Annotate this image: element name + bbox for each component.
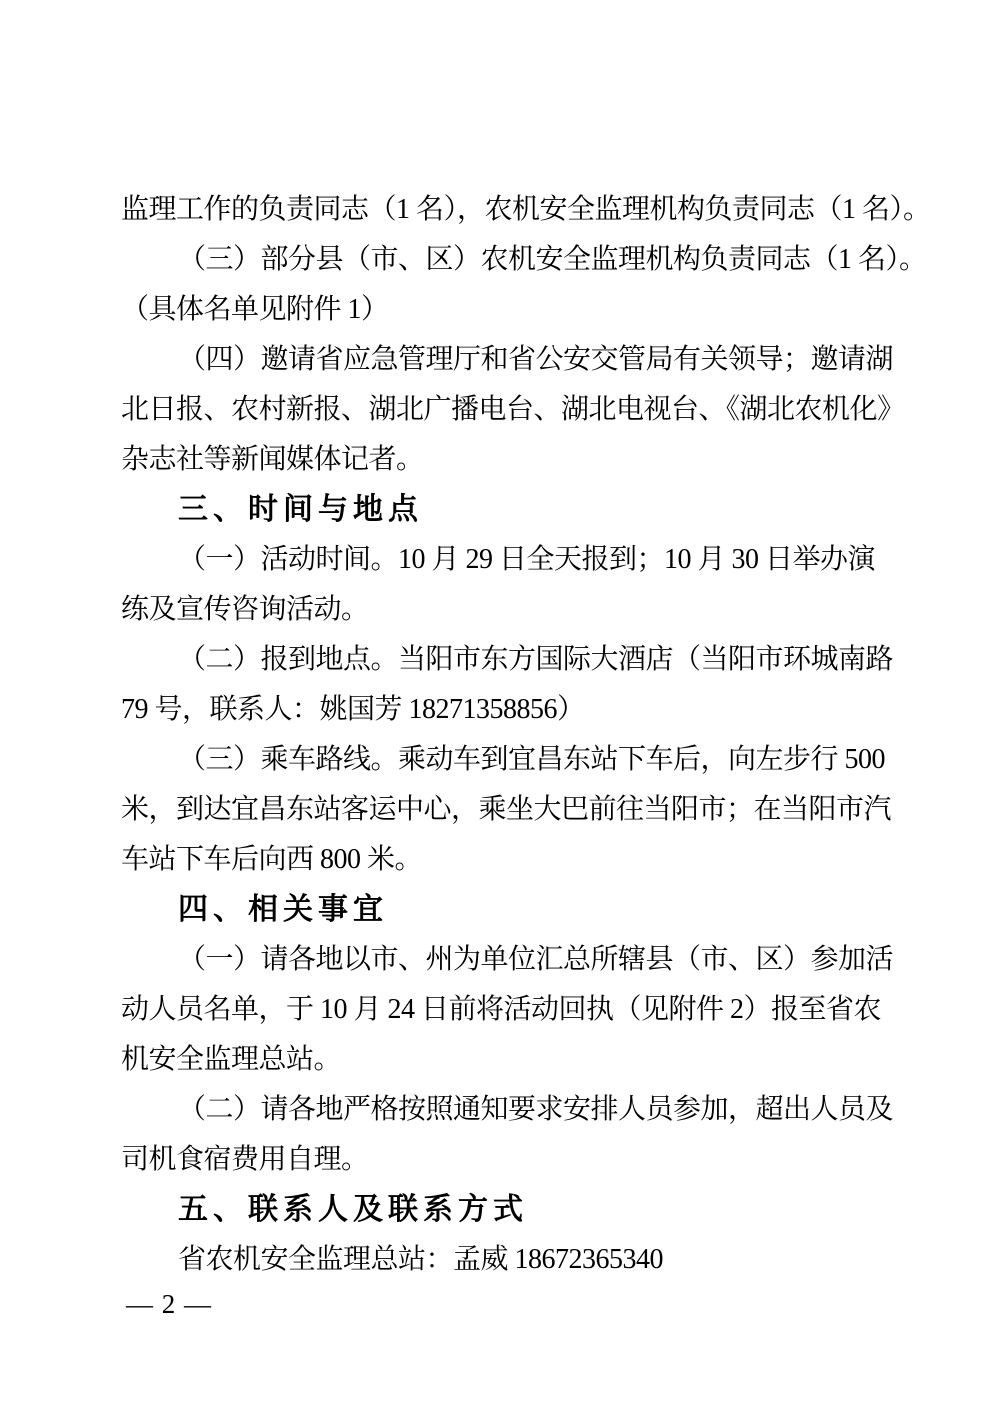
- text-line: （二）报到地点。当阳市东方国际大酒店（当阳市环城南路: [121, 635, 901, 685]
- text-line: 练及宣传咨询活动。: [121, 585, 901, 635]
- section-heading: 四、相关事宜: [121, 885, 901, 935]
- text-line: （三）部分县（市、区）农机安全监理机构负责同志（1 名）。: [121, 235, 901, 285]
- text-line: （四）邀请省应急管理厅和省公安交管局有关领导；邀请湖: [121, 335, 901, 385]
- text-line: （三）乘车路线。乘动车到宜昌东站下车后，向左步行 500: [121, 735, 901, 785]
- text-line: 79 号，联系人：姚国芳 18271358856）: [121, 685, 901, 735]
- text-line: （具体名单见附件 1）: [121, 285, 901, 335]
- text-line: （一）请各地以市、州为单位汇总所辖县（市、区）参加活: [121, 935, 901, 985]
- document-body: 监理工作的负责同志（1 名），农机安全监理机构负责同志（1 名）。（三）部分县（…: [121, 185, 901, 1285]
- text-line: 米，到达宜昌东站客运中心，乘坐大巴前往当阳市；在当阳市汽: [121, 785, 901, 835]
- text-line: 机安全监理总站。: [121, 1035, 901, 1085]
- section-heading: 三、时间与地点: [121, 485, 901, 535]
- text-line: 杂志社等新闻媒体记者。: [121, 435, 901, 485]
- text-line: 北日报、农村新报、湖北广播电台、湖北电视台、《湖北农机化》: [121, 385, 901, 435]
- text-line: 省农机安全监理总站：孟威 18672365340: [121, 1235, 901, 1285]
- text-line: 动人员名单，于 10 月 24 日前将活动回执（见附件 2）报至省农: [121, 985, 901, 1035]
- page-number: — 2 —: [126, 1288, 212, 1320]
- text-line: （二）请各地严格按照通知要求安排人员参加，超出人员及: [121, 1085, 901, 1135]
- document-page: 监理工作的负责同志（1 名），农机安全监理机构负责同志（1 名）。（三）部分县（…: [0, 0, 992, 1403]
- text-line: （一）活动时间。10 月 29 日全天报到；10 月 30 日举办演: [121, 535, 901, 585]
- text-line: 车站下车后向西 800 米。: [121, 835, 901, 885]
- text-line: 司机食宿费用自理。: [121, 1135, 901, 1185]
- text-line: 监理工作的负责同志（1 名），农机安全监理机构负责同志（1 名）。: [121, 185, 901, 235]
- section-heading: 五、联系人及联系方式: [121, 1185, 901, 1235]
